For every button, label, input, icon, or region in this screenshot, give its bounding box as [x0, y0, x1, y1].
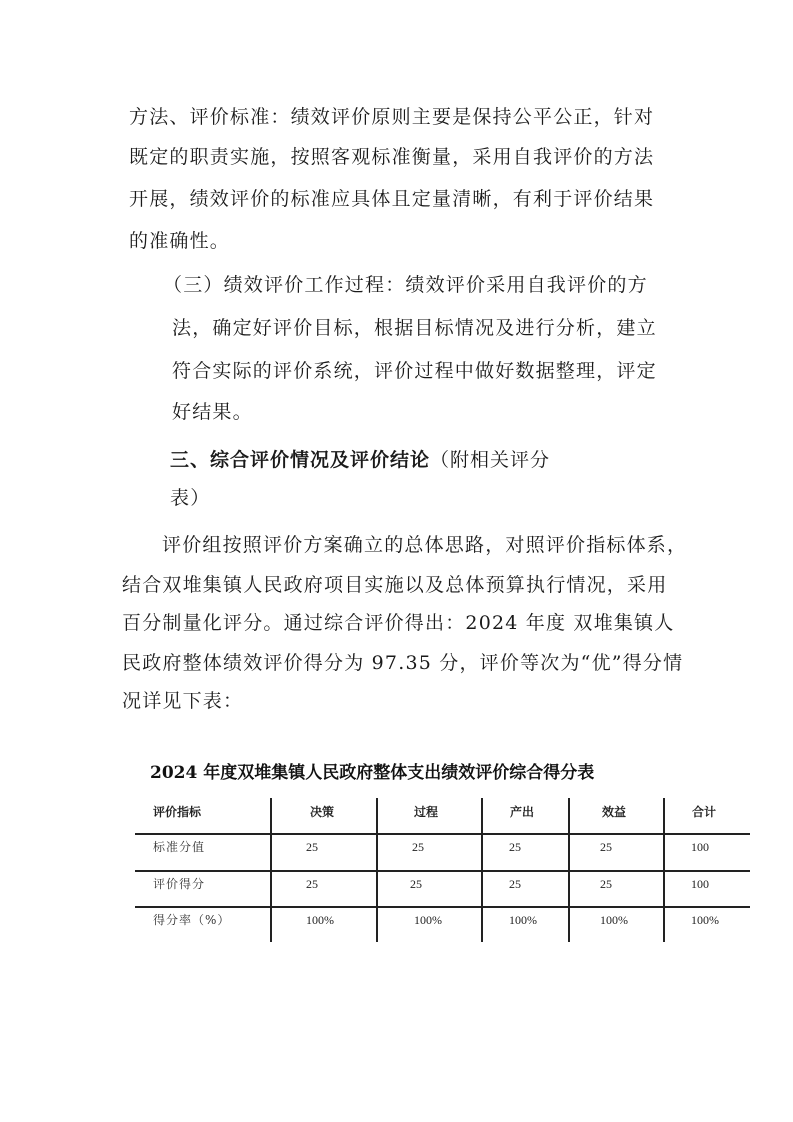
- text-line: 符合实际的评价系统，评价过程中做好数据整理，评定: [172, 360, 657, 382]
- table-cell: 100%: [306, 912, 334, 928]
- text-line: 况详见下表：: [122, 690, 243, 712]
- table-column-divider: [663, 798, 665, 942]
- table-column-divider: [376, 798, 378, 942]
- table-header-cell: 决策: [310, 804, 334, 820]
- table-header-cell: 评价指标: [153, 804, 201, 820]
- text-line: 方法、评价标准：绩效评价原则主要是保持公平公正，针对: [129, 106, 654, 128]
- table-cell: 25: [306, 876, 318, 892]
- table-cell: 100%: [509, 912, 537, 928]
- table-cell: 25: [600, 876, 612, 892]
- text-line: 既定的职责实施，按照客观标准衡量，采用自我评价的方法: [129, 146, 654, 168]
- table-cell: 100: [691, 876, 709, 892]
- table-header-cell: 过程: [414, 804, 438, 820]
- text-line: 的准确性。: [129, 230, 230, 252]
- table-header-cell: 产出: [510, 804, 534, 820]
- table-cell: 25: [509, 839, 521, 855]
- table-cell: 25: [509, 876, 521, 892]
- table-row-label: 评价得分: [153, 876, 205, 892]
- heading-line-continued: 表）: [170, 487, 210, 509]
- text-line: 结合双堆集镇人民政府项目实施以及总体预算执行情况，采用: [122, 574, 667, 596]
- heading-line: 三、综合评价情况及评价结论（附相关评分: [170, 449, 550, 471]
- text-line: 开展，绩效评价的标准应具体且定量清晰，有利于评价结果: [129, 188, 654, 210]
- table-cell: 25: [410, 876, 422, 892]
- text-line: 民政府整体绩效评价得分为 97.35 分，评价等次为“优”得分情: [122, 652, 683, 674]
- table-header-cell: 效益: [602, 804, 626, 820]
- table-cell: 100: [691, 839, 709, 855]
- table-cell: 25: [600, 839, 612, 855]
- table-rule: [135, 870, 750, 872]
- table-title: 2024 年度双堆集镇人民政府整体支出绩效评价综合得分表: [150, 762, 594, 784]
- table-cell: 100%: [691, 912, 719, 928]
- heading-note-text: （附相关评分: [430, 449, 550, 471]
- table-cell: 100%: [414, 912, 442, 928]
- text-line: 法，确定好评价目标，根据目标情况及进行分析，建立: [172, 317, 657, 339]
- text-line: 评价组按照评价方案确立的总体思路，对照评价指标体系，: [162, 534, 687, 556]
- score-table: 评价指标 决策 过程 产出 效益 合计 标准分值 25 25 25 25 100…: [135, 798, 750, 942]
- table-column-divider: [481, 798, 483, 942]
- table-cell: 25: [412, 839, 424, 855]
- table-row-label: 得分率（%）: [153, 912, 230, 928]
- document-page: 方法、评价标准：绩效评价原则主要是保持公平公正，针对 既定的职责实施，按照客观标…: [0, 0, 793, 1122]
- table-rule: [135, 833, 750, 835]
- heading-bold-text: 三、综合评价情况及评价结论: [170, 449, 430, 471]
- table-cell: 100%: [600, 912, 628, 928]
- table-column-divider: [568, 798, 570, 942]
- text-line: 百分制量化评分。通过综合评价得出：2024 年度 双堆集镇人: [122, 612, 674, 634]
- text-line: （三）绩效评价工作过程：绩效评价采用自我评价的方: [163, 274, 648, 296]
- table-row-label: 标准分值: [153, 839, 205, 855]
- table-rule: [135, 906, 750, 908]
- table-cell: 25: [306, 839, 318, 855]
- table-column-divider: [270, 798, 272, 942]
- text-line: 好结果。: [172, 401, 253, 423]
- table-header-cell: 合计: [692, 804, 716, 820]
